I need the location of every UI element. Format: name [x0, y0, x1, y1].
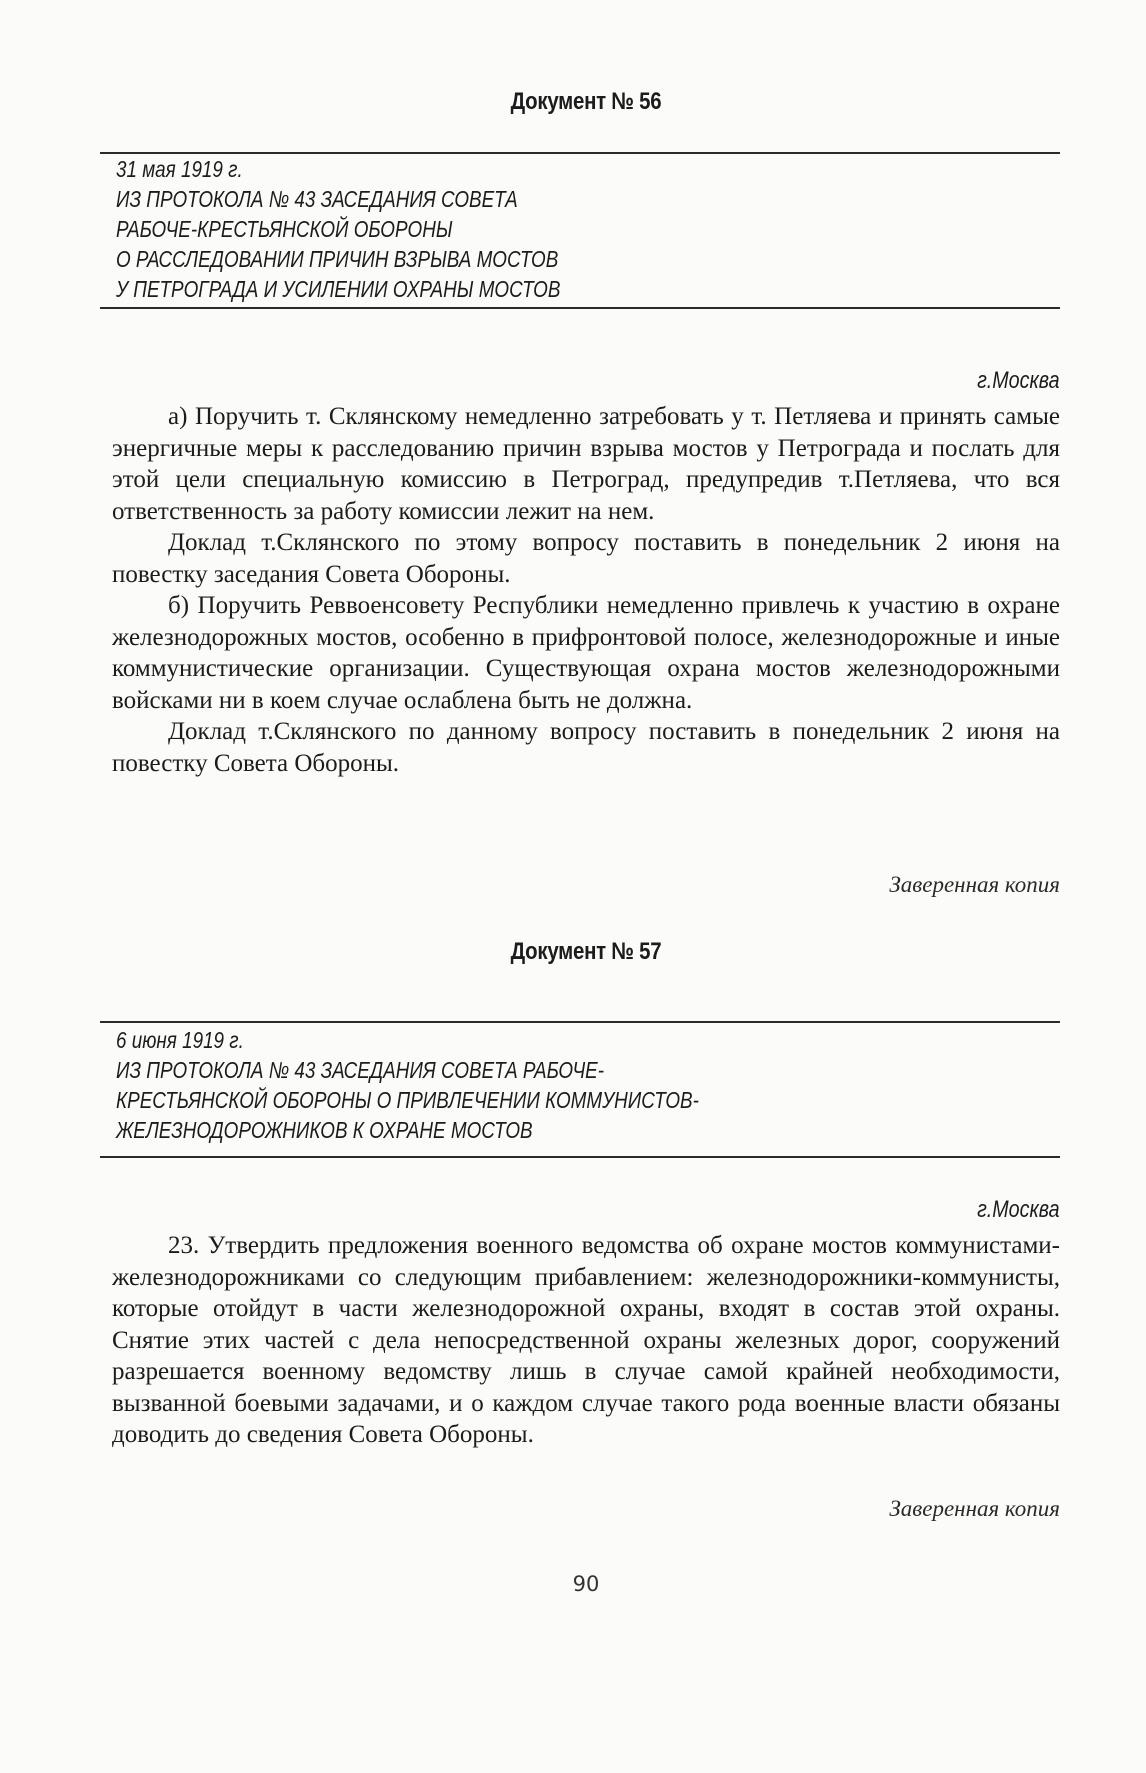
document-56-heading-line-4: У ПЕТРОГРАДА И УСИЛЕНИИ ОХРАНЫ МОСТОВ: [116, 274, 887, 304]
paragraph: Доклад т.Склянского по этому вопросу пос…: [112, 527, 1060, 590]
page-number: 90: [112, 1572, 1060, 1596]
document-56-header: 31 мая 1919 г. ИЗ ПРОТОКОЛА № 43 ЗАСЕДАН…: [116, 154, 887, 304]
header-rule-bottom: [100, 1156, 1060, 1158]
document-56-date: 31 мая 1919 г.: [116, 154, 887, 184]
document-56-heading-line-1: ИЗ ПРОТОКОЛА № 43 ЗАСЕДАНИЯ СОВЕТА: [116, 184, 887, 214]
document-57-place: г.Москва: [978, 1196, 1060, 1224]
document-56-certification: Заверенная копия: [889, 872, 1060, 898]
document-57-heading-line-2: КРЕСТЬЯНСКОЙ ОБОРОНЫ О ПРИВЛЕЧЕНИИ КОММУ…: [116, 1085, 887, 1115]
document-56-heading-line-2: РАБОЧЕ-КРЕСТЬЯНСКОЙ ОБОРОНЫ: [116, 214, 887, 244]
header-rule-bottom: [100, 307, 1060, 309]
document-57-heading-line-3: ЖЕЛЕЗНОДОРОЖНИКОВ К ОХРАНЕ МОСТОВ: [116, 1115, 887, 1145]
document-56-place: г.Москва: [978, 367, 1060, 395]
document-57-title: Документ № 57: [183, 938, 989, 966]
paragraph: Доклад т.Склянского по данному вопросу п…: [112, 716, 1060, 779]
document-57-heading-line-1: ИЗ ПРОТОКОЛА № 43 ЗАСЕДАНИЯ СОВЕТА РАБОЧ…: [116, 1055, 887, 1085]
document-57-body: 23. Утвердить предложения военного ведом…: [112, 1230, 1060, 1451]
document-57-header: 6 июня 1919 г. ИЗ ПРОТОКОЛА № 43 ЗАСЕДАН…: [116, 1025, 887, 1145]
document-57-date: 6 июня 1919 г.: [116, 1025, 887, 1055]
document-56-heading-line-3: О РАССЛЕДОВАНИИ ПРИЧИН ВЗРЫВА МОСТОВ: [116, 244, 887, 274]
document-56-body: а) Поручить т. Склянскому немедленно зат…: [112, 401, 1060, 779]
document-56-title: Документ № 56: [183, 88, 989, 116]
paragraph: б) Поручить Реввоенсовету Республики нем…: [112, 590, 1060, 716]
document-57-certification: Заверенная копия: [889, 1496, 1060, 1522]
paragraph: а) Поручить т. Склянскому немедленно зат…: [112, 401, 1060, 527]
paragraph: 23. Утвердить предложения военного ведом…: [112, 1230, 1060, 1451]
header-rule-top: [100, 1021, 1060, 1023]
